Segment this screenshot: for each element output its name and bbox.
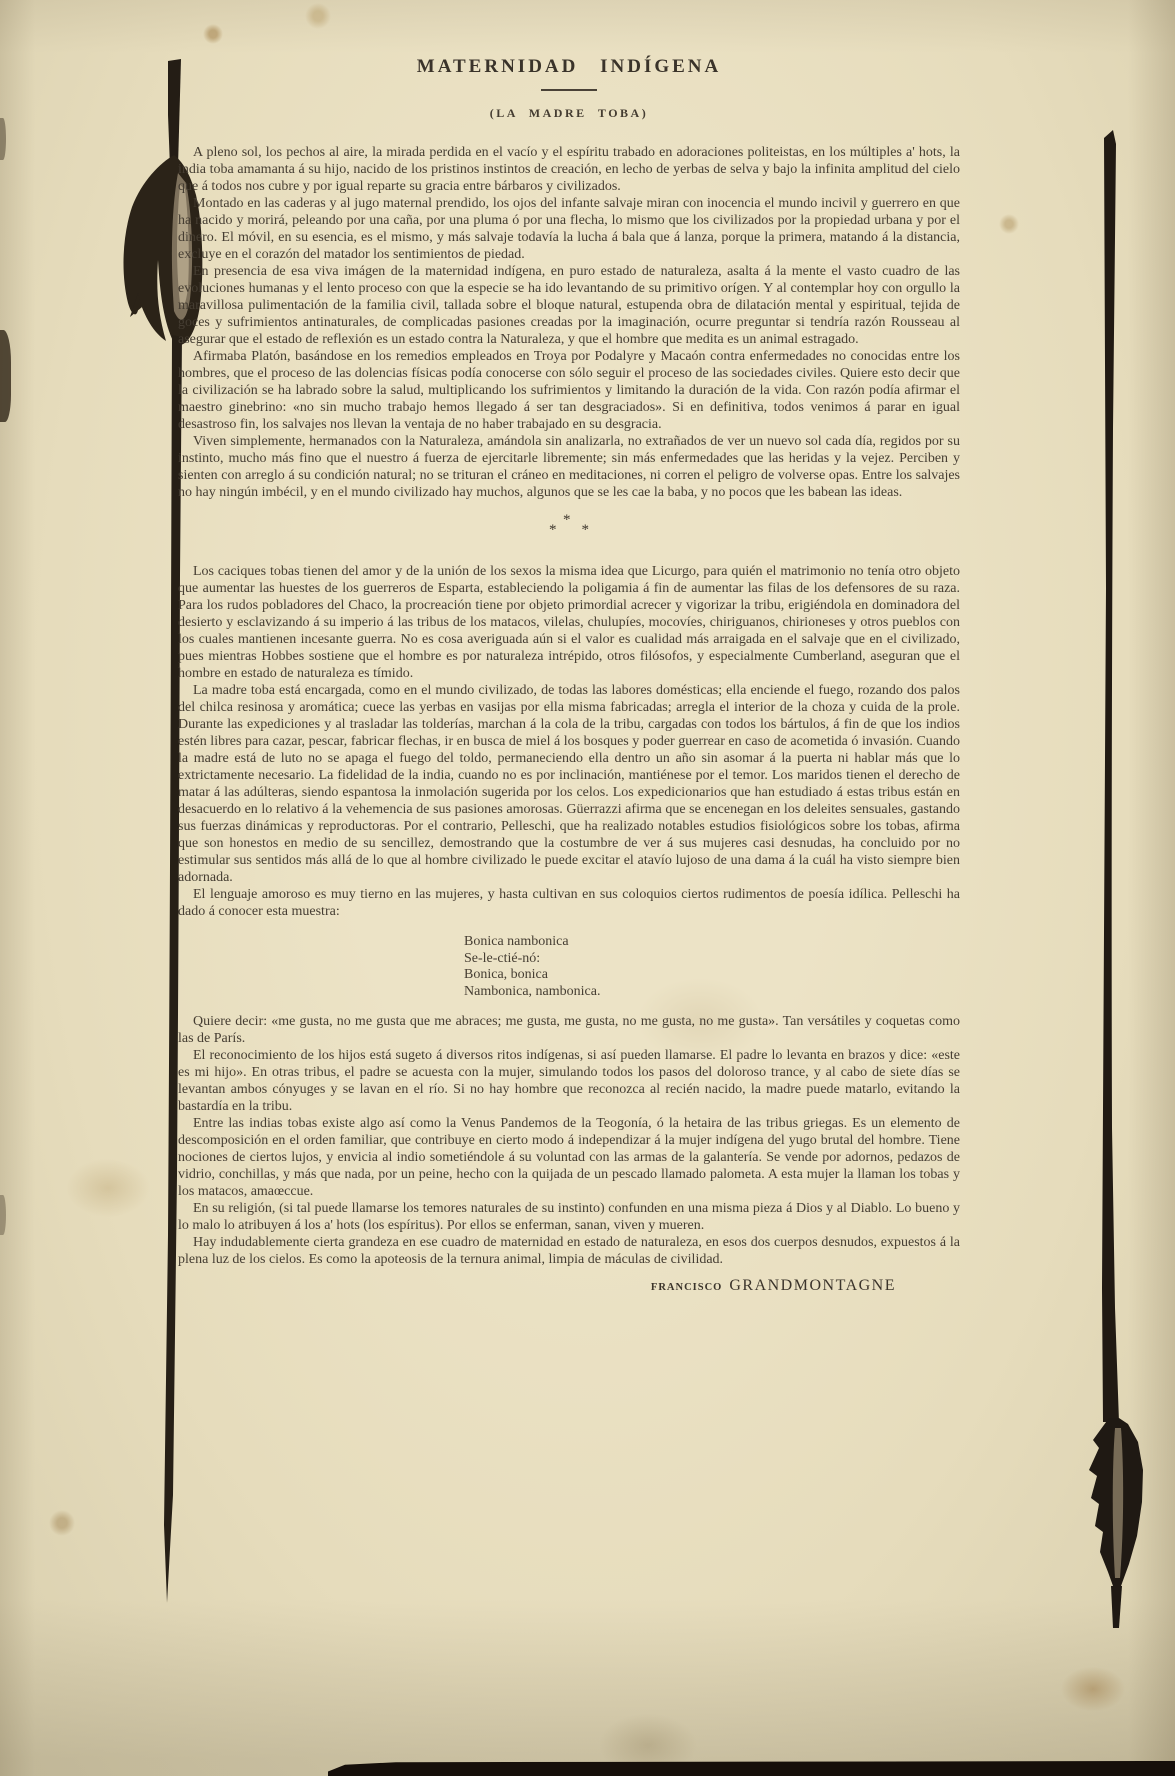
page-edge-mark [0,118,6,160]
author-last-name: GRANDMONTAGNE [729,1277,896,1294]
page-edge-mark [0,330,11,422]
paragraph: Afirmaba Platón, basándose en los remedi… [178,348,960,433]
paragraph: Viven simplemente, hermanados con la Nat… [178,433,960,501]
paragraph: En presencia de esa viva imágen de la ma… [178,263,960,348]
author-first-name: FRANCISCO [651,1282,722,1293]
paragraph: Montado en las caderas y al jugo materna… [178,195,960,263]
paragraph: A pleno sol, los pechos al aire, la mira… [178,144,960,195]
title-rule [541,89,597,91]
page-edge-mark [0,1195,6,1235]
verse-line: Bonica, bonica [464,967,960,984]
section-divider: * * * [548,517,590,543]
scanned-page: MATERNIDAD INDÍGENA (LA MADRE TOBA) A pl… [0,0,1175,1776]
page-bottom-edge [328,1761,1175,1776]
paragraph: El lenguaje amoroso es muy tierno en las… [178,886,960,920]
paragraph: En su religión, (si tal puede llamarse l… [178,1200,960,1234]
article: MATERNIDAD INDÍGENA (LA MADRE TOBA) A pl… [178,56,960,1295]
verse-line: Bonica nambonica [464,934,960,951]
asterisk: * [563,512,571,529]
article-body: A pleno sol, los pechos al aire, la mira… [178,144,960,1295]
paragraph: La madre toba está encargada, como en el… [178,682,960,886]
asterisk: * [582,522,590,539]
asterisk: * [549,522,557,539]
paragraph: Quiere decir: «me gusta, no me gusta que… [178,1013,960,1047]
author-signature: FRANCISCOGRANDMONTAGNE [178,1277,960,1295]
page-subtitle: (LA MADRE TOBA) [178,106,960,121]
paragraph: Entre las indias tobas existe algo así c… [178,1115,960,1200]
arrow-illustration-right [1085,128,1157,1643]
paragraph: Los caciques tobas tienen del amor y de … [178,563,960,682]
paragraph: El reconocimiento de los hijos está suge… [178,1047,960,1115]
verse-line: Se-le-ctié-nó: [464,951,960,968]
page-title: MATERNIDAD INDÍGENA [178,56,960,78]
verse-line: Nambonica, nambonica. [464,984,960,1001]
paragraph: Hay indudablemente cierta grandeza en es… [178,1234,960,1268]
verse-block: Bonica nambonica Se-le-ctié-nó: Bonica, … [464,934,960,1000]
